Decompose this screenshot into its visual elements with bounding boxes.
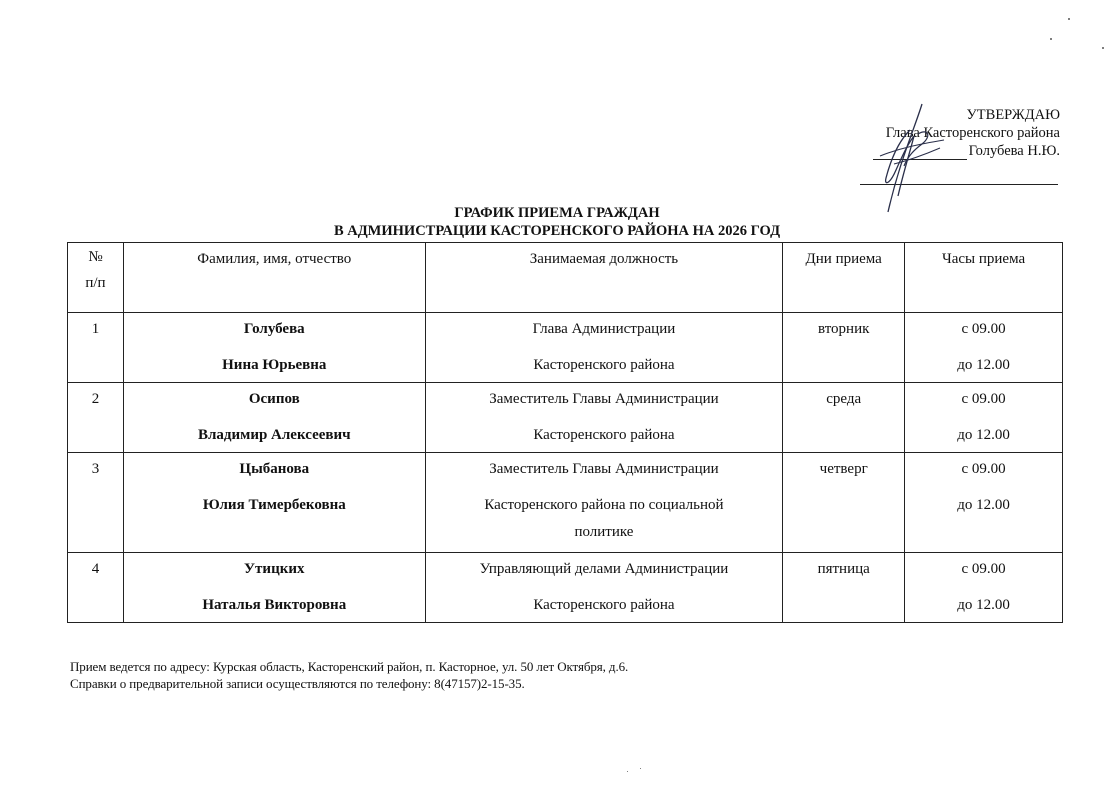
row-number: 1 (68, 313, 124, 383)
phone-note: Справки о предварительной записи осущест… (70, 675, 628, 692)
row-hours: с 09.00 до 12.00 (905, 383, 1063, 453)
row-hours: с 09.00 до 12.00 (905, 453, 1063, 553)
position-line: Касторенского района по социальной (426, 492, 783, 519)
reception-schedule-table: № п/п Фамилия, имя, отчество Занимаемая … (67, 242, 1063, 623)
position-line: политике (426, 519, 783, 546)
row-day: пятница (783, 553, 905, 623)
header-hours: Часы приема (905, 243, 1063, 313)
table-row: 2 Осипов Владимир Алексеевич Заместитель… (68, 383, 1063, 453)
title-line-2: В АДМИНИСТРАЦИИ КАСТОРЕНСКОГО РАЙОНА НА … (0, 222, 1114, 240)
hours-from: с 09.00 (905, 456, 1062, 483)
document-title: ГРАФИК ПРИЕМА ГРАЖДАН В АДМИНИСТРАЦИИ КА… (0, 204, 1114, 240)
hours-from: с 09.00 (905, 386, 1062, 413)
row-name: Цыбанова Юлия Тимербековна (123, 453, 425, 553)
hours-to: до 12.00 (905, 492, 1062, 519)
row-day: вторник (783, 313, 905, 383)
position-line: Касторенского района (426, 422, 783, 449)
row-position: Заместитель Главы Администрации Касторен… (425, 453, 783, 553)
scan-speck (627, 771, 628, 772)
position-line: Заместитель Главы Администрации (426, 386, 783, 413)
hours-from: с 09.00 (905, 316, 1062, 343)
row-name: Осипов Владимир Алексеевич (123, 383, 425, 453)
hours-to: до 12.00 (905, 352, 1062, 379)
row-name: Голубева Нина Юрьевна (123, 313, 425, 383)
position-line: Управляющий делами Администрации (426, 556, 783, 583)
surname: Утицких (124, 556, 425, 583)
row-position: Управляющий делами Администрации Касторе… (425, 553, 783, 623)
hours-to: до 12.00 (905, 422, 1062, 449)
surname: Цыбанова (124, 456, 425, 483)
header-number-line1: № (68, 246, 123, 268)
header-number: № п/п (68, 243, 124, 313)
given-names: Владимир Алексеевич (124, 422, 425, 449)
header-days: Дни приема (783, 243, 905, 313)
position-line: Заместитель Главы Администрации (426, 456, 783, 483)
row-number: 3 (68, 453, 124, 553)
surname: Осипов (124, 386, 425, 413)
header-name: Фамилия, имя, отчество (123, 243, 425, 313)
row-day: четверг (783, 453, 905, 553)
row-hours: с 09.00 до 12.00 (905, 553, 1063, 623)
given-names: Наталья Викторовна (124, 592, 425, 619)
surname: Голубева (124, 316, 425, 343)
position-line: Касторенского района (426, 352, 783, 379)
scan-speck (1050, 38, 1052, 40)
approval-signatory: Голубева Н.Ю. (969, 142, 1060, 160)
header-position: Занимаемая должность (425, 243, 783, 313)
given-names: Нина Юрьевна (124, 352, 425, 379)
given-names: Юлия Тимербековна (124, 492, 425, 519)
table-header-row: № п/п Фамилия, имя, отчество Занимаемая … (68, 243, 1063, 313)
row-number: 4 (68, 553, 124, 623)
hours-to: до 12.00 (905, 592, 1062, 619)
row-number: 2 (68, 383, 124, 453)
position-line: Касторенского района (426, 592, 783, 619)
handwritten-signature (870, 100, 950, 215)
row-name: Утицких Наталья Викторовна (123, 553, 425, 623)
table-row: 1 Голубева Нина Юрьевна Глава Администра… (68, 313, 1063, 383)
row-day: среда (783, 383, 905, 453)
scan-speck (1102, 47, 1104, 49)
footer-notes: Прием ведется по адресу: Курская область… (70, 658, 628, 692)
title-line-1: ГРАФИК ПРИЕМА ГРАЖДАН (0, 204, 1114, 222)
address-note: Прием ведется по адресу: Курская область… (70, 658, 628, 675)
table-row: 3 Цыбанова Юлия Тимербековна Заместитель… (68, 453, 1063, 553)
scan-speck (640, 768, 641, 769)
header-number-line2: п/п (68, 272, 123, 294)
table-row: 4 Утицких Наталья Викторовна Управляющий… (68, 553, 1063, 623)
scan-speck (1068, 18, 1070, 20)
row-position: Глава Администрации Касторенского района (425, 313, 783, 383)
hours-from: с 09.00 (905, 556, 1062, 583)
position-line: Глава Администрации (426, 316, 783, 343)
row-hours: с 09.00 до 12.00 (905, 313, 1063, 383)
row-position: Заместитель Главы Администрации Касторен… (425, 383, 783, 453)
